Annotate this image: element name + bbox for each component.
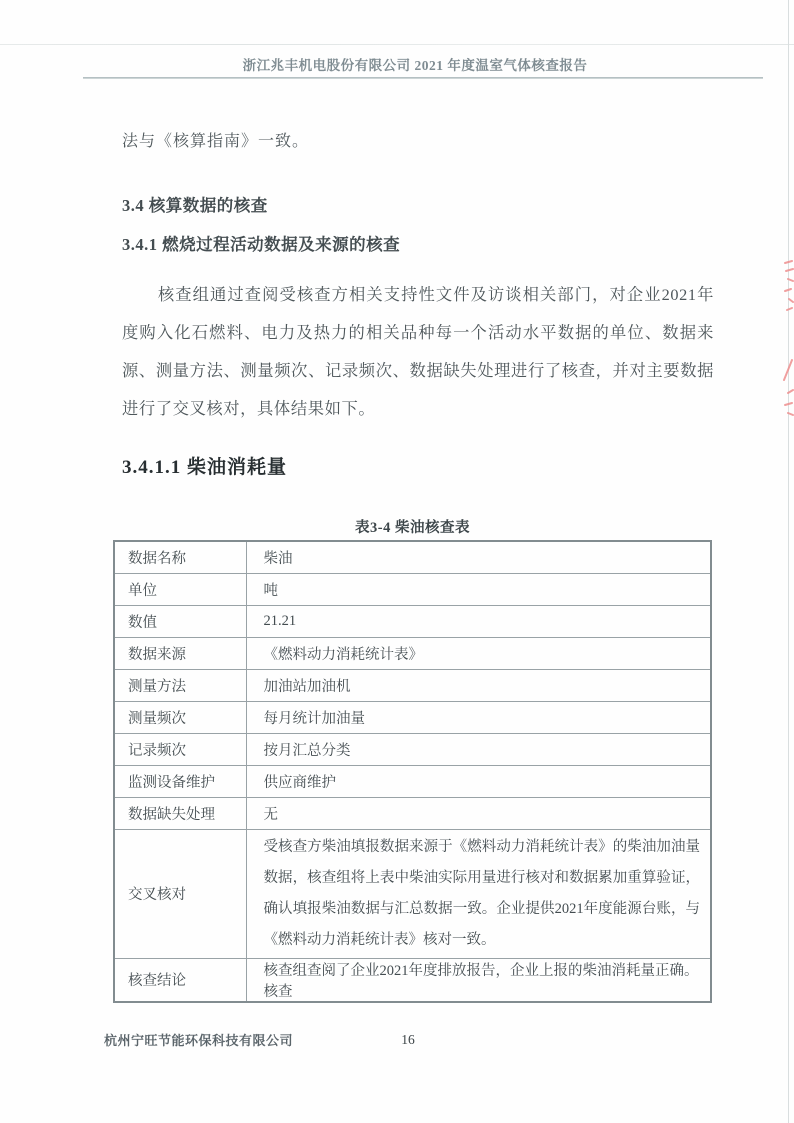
table-row: 核查结论 核查组查阅了企业2021年度排放报告，企业上报的柴油消耗量正确。核查: [114, 958, 711, 1002]
header-divider: [83, 77, 763, 79]
table-row: 数值 21.21: [114, 605, 711, 637]
row-label: 数据名称: [114, 541, 246, 573]
red-annotation-marks-icon: [776, 255, 794, 425]
row-value: 无: [246, 797, 711, 829]
row-value: 受核查方柴油填报数据来源于《燃料动力消耗统计表》的柴油加油量数据，核查组将上表中…: [246, 829, 711, 958]
scan-artifact-right-line: [788, 0, 789, 1123]
row-value: 核查组查阅了企业2021年度排放报告，企业上报的柴油消耗量正确。核查: [246, 958, 711, 1002]
section-heading-3-4-1-1: 3.4.1.1 柴油消耗量: [122, 452, 712, 479]
table-row: 记录频次 按月汇总分类: [114, 733, 711, 765]
row-label: 核查结论: [114, 958, 246, 1002]
row-label: 数据缺失处理: [114, 797, 246, 829]
row-label: 数据来源: [114, 637, 246, 669]
table-row: 测量方法 加油站加油机: [114, 669, 711, 701]
section-paragraph: 核查组通过查阅受核查方相关支持性文件及访谈相关部门，对企业2021年度购入化石燃…: [122, 276, 714, 428]
row-value: 按月汇总分类: [246, 733, 711, 765]
row-label: 交叉核对: [114, 829, 246, 958]
row-value: 加油站加油机: [246, 669, 711, 701]
row-value: 21.21: [246, 605, 711, 637]
footer-company-name: 杭州宁旺节能环保科技有限公司: [104, 1030, 293, 1049]
table-caption: 表3-4 柴油核查表: [113, 516, 712, 537]
row-label: 数值: [114, 605, 246, 637]
table-row: 数据来源 《燃料动力消耗统计表》: [114, 637, 711, 669]
row-value: 《燃料动力消耗统计表》: [246, 637, 711, 669]
table-row: 监测设备维护 供应商维护: [114, 765, 711, 797]
page-number: 16: [401, 1032, 415, 1048]
table-row: 测量频次 每月统计加油量: [114, 701, 711, 733]
page-header-title: 浙江兆丰机电股份有限公司 2021 年度温室气体核查报告: [0, 54, 794, 74]
table-row: 数据缺失处理 无: [114, 797, 711, 829]
row-value: 柴油: [246, 541, 711, 573]
document-page: 浙江兆丰机电股份有限公司 2021 年度温室气体核查报告 法与《核算指南》一致。…: [0, 0, 794, 1123]
table-row: 数据名称 柴油: [114, 541, 711, 573]
diesel-verification-table: 数据名称 柴油 单位 吨 数值 21.21 数据来源 《燃料动力消耗统计表》 测…: [113, 540, 712, 1003]
row-label: 测量方法: [114, 669, 246, 701]
section-heading-3-4-1: 3.4.1 燃烧过程活动数据及来源的核查: [122, 231, 712, 255]
row-label: 监测设备维护: [114, 765, 246, 797]
row-value: 供应商维护: [246, 765, 711, 797]
table-row: 单位 吨: [114, 573, 711, 605]
table-row: 交叉核对 受核查方柴油填报数据来源于《燃料动力消耗统计表》的柴油加油量数据，核查…: [114, 829, 711, 958]
row-label: 单位: [114, 573, 246, 605]
row-value: 每月统计加油量: [246, 701, 711, 733]
row-value: 吨: [246, 573, 711, 605]
row-label: 记录频次: [114, 733, 246, 765]
scan-artifact-top-line: [0, 44, 794, 45]
section-heading-3-4: 3.4 核算数据的核查: [122, 192, 712, 216]
row-label: 测量频次: [114, 701, 246, 733]
carryover-text-line: 法与《核算指南》一致。: [122, 128, 712, 151]
